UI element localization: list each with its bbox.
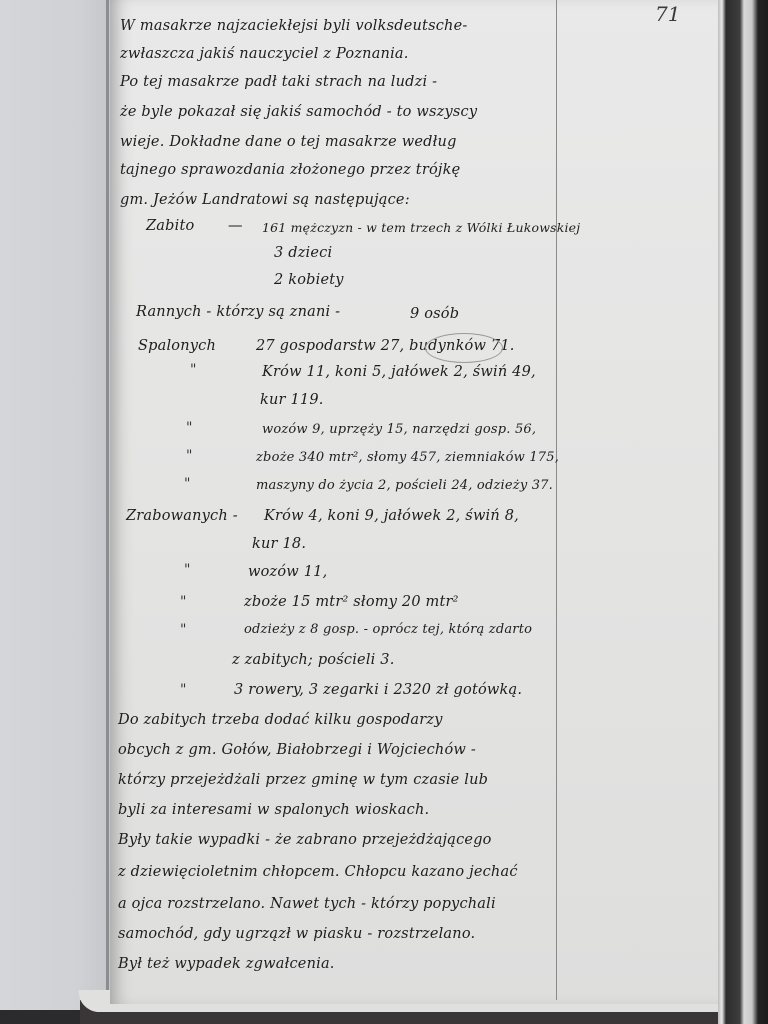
intro-line: tajnego sprawozdania złożonego przez tró…	[120, 162, 460, 178]
looted-item: zboże 15 mtr² słomy 20 mtr²	[244, 594, 459, 610]
closing-line: byli za interesami w spalonych wioskach.	[118, 802, 429, 818]
wounded-value: 9 osób	[410, 306, 459, 322]
ditto-mark: "	[190, 362, 196, 378]
closing-line: Do zabitych trzeba dodać kilku gospodarz…	[118, 712, 443, 728]
intro-line: gm. Jeżów Landratowi są następujące:	[120, 192, 410, 208]
looted-item: 3 rowery, 3 zegarki i 2320 zł gotówką.	[234, 682, 522, 698]
looted-item: z zabitych; pościeli 3.	[232, 652, 395, 668]
binder-spine	[718, 0, 768, 1024]
burned-item: wozów 9, uprzęży 15, narzędzi gosp. 56,	[262, 422, 536, 437]
intro-line: W masakrze najzaciekłejsi byli volksdeut…	[120, 18, 467, 34]
page-number: 71	[655, 2, 680, 26]
closing-line: z dziewięcioletnim chłopcem. Chłopcu kaz…	[118, 864, 518, 880]
burned-item: kur 119.	[260, 392, 324, 408]
killed-label: Zabito	[146, 218, 194, 234]
looted-item: Krów 4, koni 9, jałówek 2, świń 8,	[264, 508, 519, 524]
left-facing-page	[0, 0, 112, 1010]
closing-line: obcych z gm. Gołów, Białobrzegi i Wojcie…	[118, 742, 476, 758]
ditto-mark: "	[186, 420, 192, 436]
ditto-mark: "	[180, 594, 186, 610]
intro-line: wieje. Dokładne dane o tej masakrze wedł…	[120, 134, 457, 150]
circled-annotation	[425, 333, 503, 363]
looted-item: odzieży z 8 gosp. - oprócz tej, którą zd…	[244, 622, 532, 637]
killed-item: 161 mężczyzn - w tem trzech z Wólki Łuko…	[262, 220, 580, 235]
looted-item: kur 18.	[252, 536, 306, 552]
ditto-mark: "	[180, 622, 186, 638]
closing-line: samochód, gdy ugrzązł w piasku - rozstrz…	[118, 926, 475, 942]
burned-item: Krów 11, koni 5, jałówek 2, świń 49,	[262, 364, 536, 380]
wounded-label: Rannych - którzy są znani -	[136, 304, 340, 320]
looted-label: Zrabowanych -	[126, 508, 238, 524]
closing-line: Był też wypadek zgwałcenia.	[118, 956, 335, 972]
burned-item: maszyny do życia 2, pościeli 24, odzieży…	[256, 478, 553, 493]
burned-label: Spalonych	[138, 338, 216, 354]
closing-line: a ojca rozstrzelano. Nawet tych - którzy…	[118, 896, 496, 912]
looted-item: wozów 11,	[248, 564, 327, 580]
burned-item: zboże 340 mtr², słomy 457, ziemniaków 17…	[256, 450, 559, 465]
closing-line: którzy przejeżdżali przez gminę w tym cz…	[118, 772, 488, 788]
killed-item: 3 dzieci	[274, 245, 332, 261]
killed-item: 2 kobiety	[274, 272, 344, 288]
left-page-edge	[106, 0, 109, 1010]
intro-line: zwłaszcza jakiś nauczyciel z Poznania.	[120, 46, 409, 62]
ditto-mark: "	[184, 476, 190, 492]
intro-line: Po tej masakrze padł taki strach na ludz…	[120, 74, 437, 90]
ditto-mark: "	[184, 562, 190, 578]
intro-line: że byle pokazał się jakiś samochód - to …	[120, 104, 477, 120]
ditto-mark: "	[186, 448, 192, 464]
killed-dash: —	[228, 218, 243, 234]
closing-line: Były takie wypadki - że zabrano przejeżd…	[118, 832, 492, 848]
right-margin-rule	[556, 0, 557, 1000]
document-page	[110, 0, 718, 1004]
ditto-mark: "	[180, 682, 186, 698]
